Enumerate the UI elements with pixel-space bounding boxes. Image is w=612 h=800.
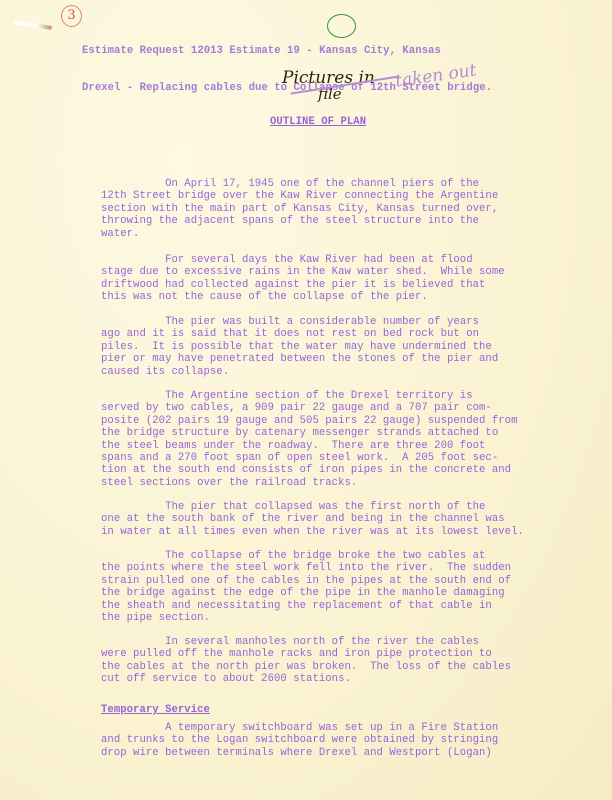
estimate-circle-mark	[327, 14, 356, 38]
text-line: ago and it is said that it does not rest…	[101, 328, 498, 340]
text-line: stage due to excessive rains in the Kaw …	[101, 266, 505, 278]
page-number-circle: 3	[61, 5, 82, 27]
text-line: A temporary switchboard was set up in a …	[101, 722, 498, 734]
text-line: On April 17, 1945 one of the channel pie…	[101, 178, 498, 190]
text-line: posite (202 pairs 19 gauge and 505 pairs…	[101, 415, 517, 427]
text-line: the points where the steel work fell int…	[101, 562, 511, 574]
text-line: For several days the Kaw River had been …	[101, 254, 505, 266]
paragraph: A temporary switchboard was set up in a …	[101, 722, 498, 759]
text-line: spans and a 270 foot span of open steel …	[101, 452, 517, 464]
paragraph: The collapse of the bridge broke the two…	[101, 550, 511, 624]
text-line: The pier was built a considerable number…	[101, 316, 498, 328]
text-line: The collapse of the bridge broke the two…	[101, 550, 511, 562]
text-line: 12th Street bridge over the Kaw River co…	[101, 190, 498, 202]
text-line: the steel beams under the roadway. There…	[101, 440, 517, 452]
page-number: 3	[67, 8, 75, 23]
text-line: driftwood had collected against the pier…	[101, 279, 505, 291]
text-line: served by two cables, a 909 pair 22 gaug…	[101, 402, 517, 414]
text-line: tion at the south end consists of iron p…	[101, 464, 517, 476]
text-line: one at the south bank of the river and b…	[101, 513, 524, 525]
text-line: throwing the adjacent spans of the steel…	[101, 215, 498, 227]
section-heading-temporary-service: Temporary Service	[101, 704, 210, 716]
text-line: were pulled off the manhole racks and ir…	[101, 648, 511, 660]
paragraph: The pier that collapsed was the first no…	[101, 501, 524, 538]
estimate-number: 19	[287, 45, 300, 57]
text-line: the bridge against the edge of the pipe …	[101, 587, 511, 599]
text-line: and trunks to the Logan switchboard were…	[101, 734, 498, 746]
text-line: cut off service to about 2600 stations.	[101, 673, 511, 685]
text-line: The Argentine section of the Drexel terr…	[101, 390, 517, 402]
text-line: caused its collapse.	[101, 366, 498, 378]
text-line: the bridge structure by catenary messeng…	[101, 427, 517, 439]
paragraph: On April 17, 1945 one of the channel pie…	[101, 178, 498, 240]
text-line: this was not the cause of the collapse o…	[101, 291, 505, 303]
text-line: piles. It is possible that the water may…	[101, 341, 498, 353]
text-line: steel sections over the railroad tracks.	[101, 477, 517, 489]
text-line: the cables at the north pier was broken.…	[101, 661, 511, 673]
text-line: strain pulled one of the cables in the p…	[101, 575, 511, 587]
document-page: 3 Estimate Request 12013 Estimate 19 - K…	[0, 0, 612, 800]
text-line: in water at all times even when the rive…	[101, 526, 524, 538]
text-line: the pipe section.	[101, 612, 511, 624]
paper-tear-mark	[14, 20, 52, 30]
header-line-1: Estimate Request 12013 Estimate 19 - Kan…	[82, 45, 492, 57]
text-line: In several manholes north of the river t…	[101, 636, 511, 648]
text-line: section with the main part of Kansas Cit…	[101, 203, 498, 215]
paragraph: For several days the Kaw River had been …	[101, 254, 505, 304]
document-title: OUTLINE OF PLAN	[270, 116, 366, 128]
paragraph: The Argentine section of the Drexel terr…	[101, 390, 517, 489]
text-line: The pier that collapsed was the first no…	[101, 501, 524, 513]
text-line: drop wire between terminals where Drexel…	[101, 747, 498, 759]
text-line: pier or may have penetrated between the …	[101, 353, 498, 365]
text-line: water.	[101, 228, 498, 240]
paragraph: The pier was built a considerable number…	[101, 316, 498, 378]
text-line: the sheath and necessitating the replace…	[101, 600, 511, 612]
paragraph: In several manholes north of the river t…	[101, 636, 511, 686]
